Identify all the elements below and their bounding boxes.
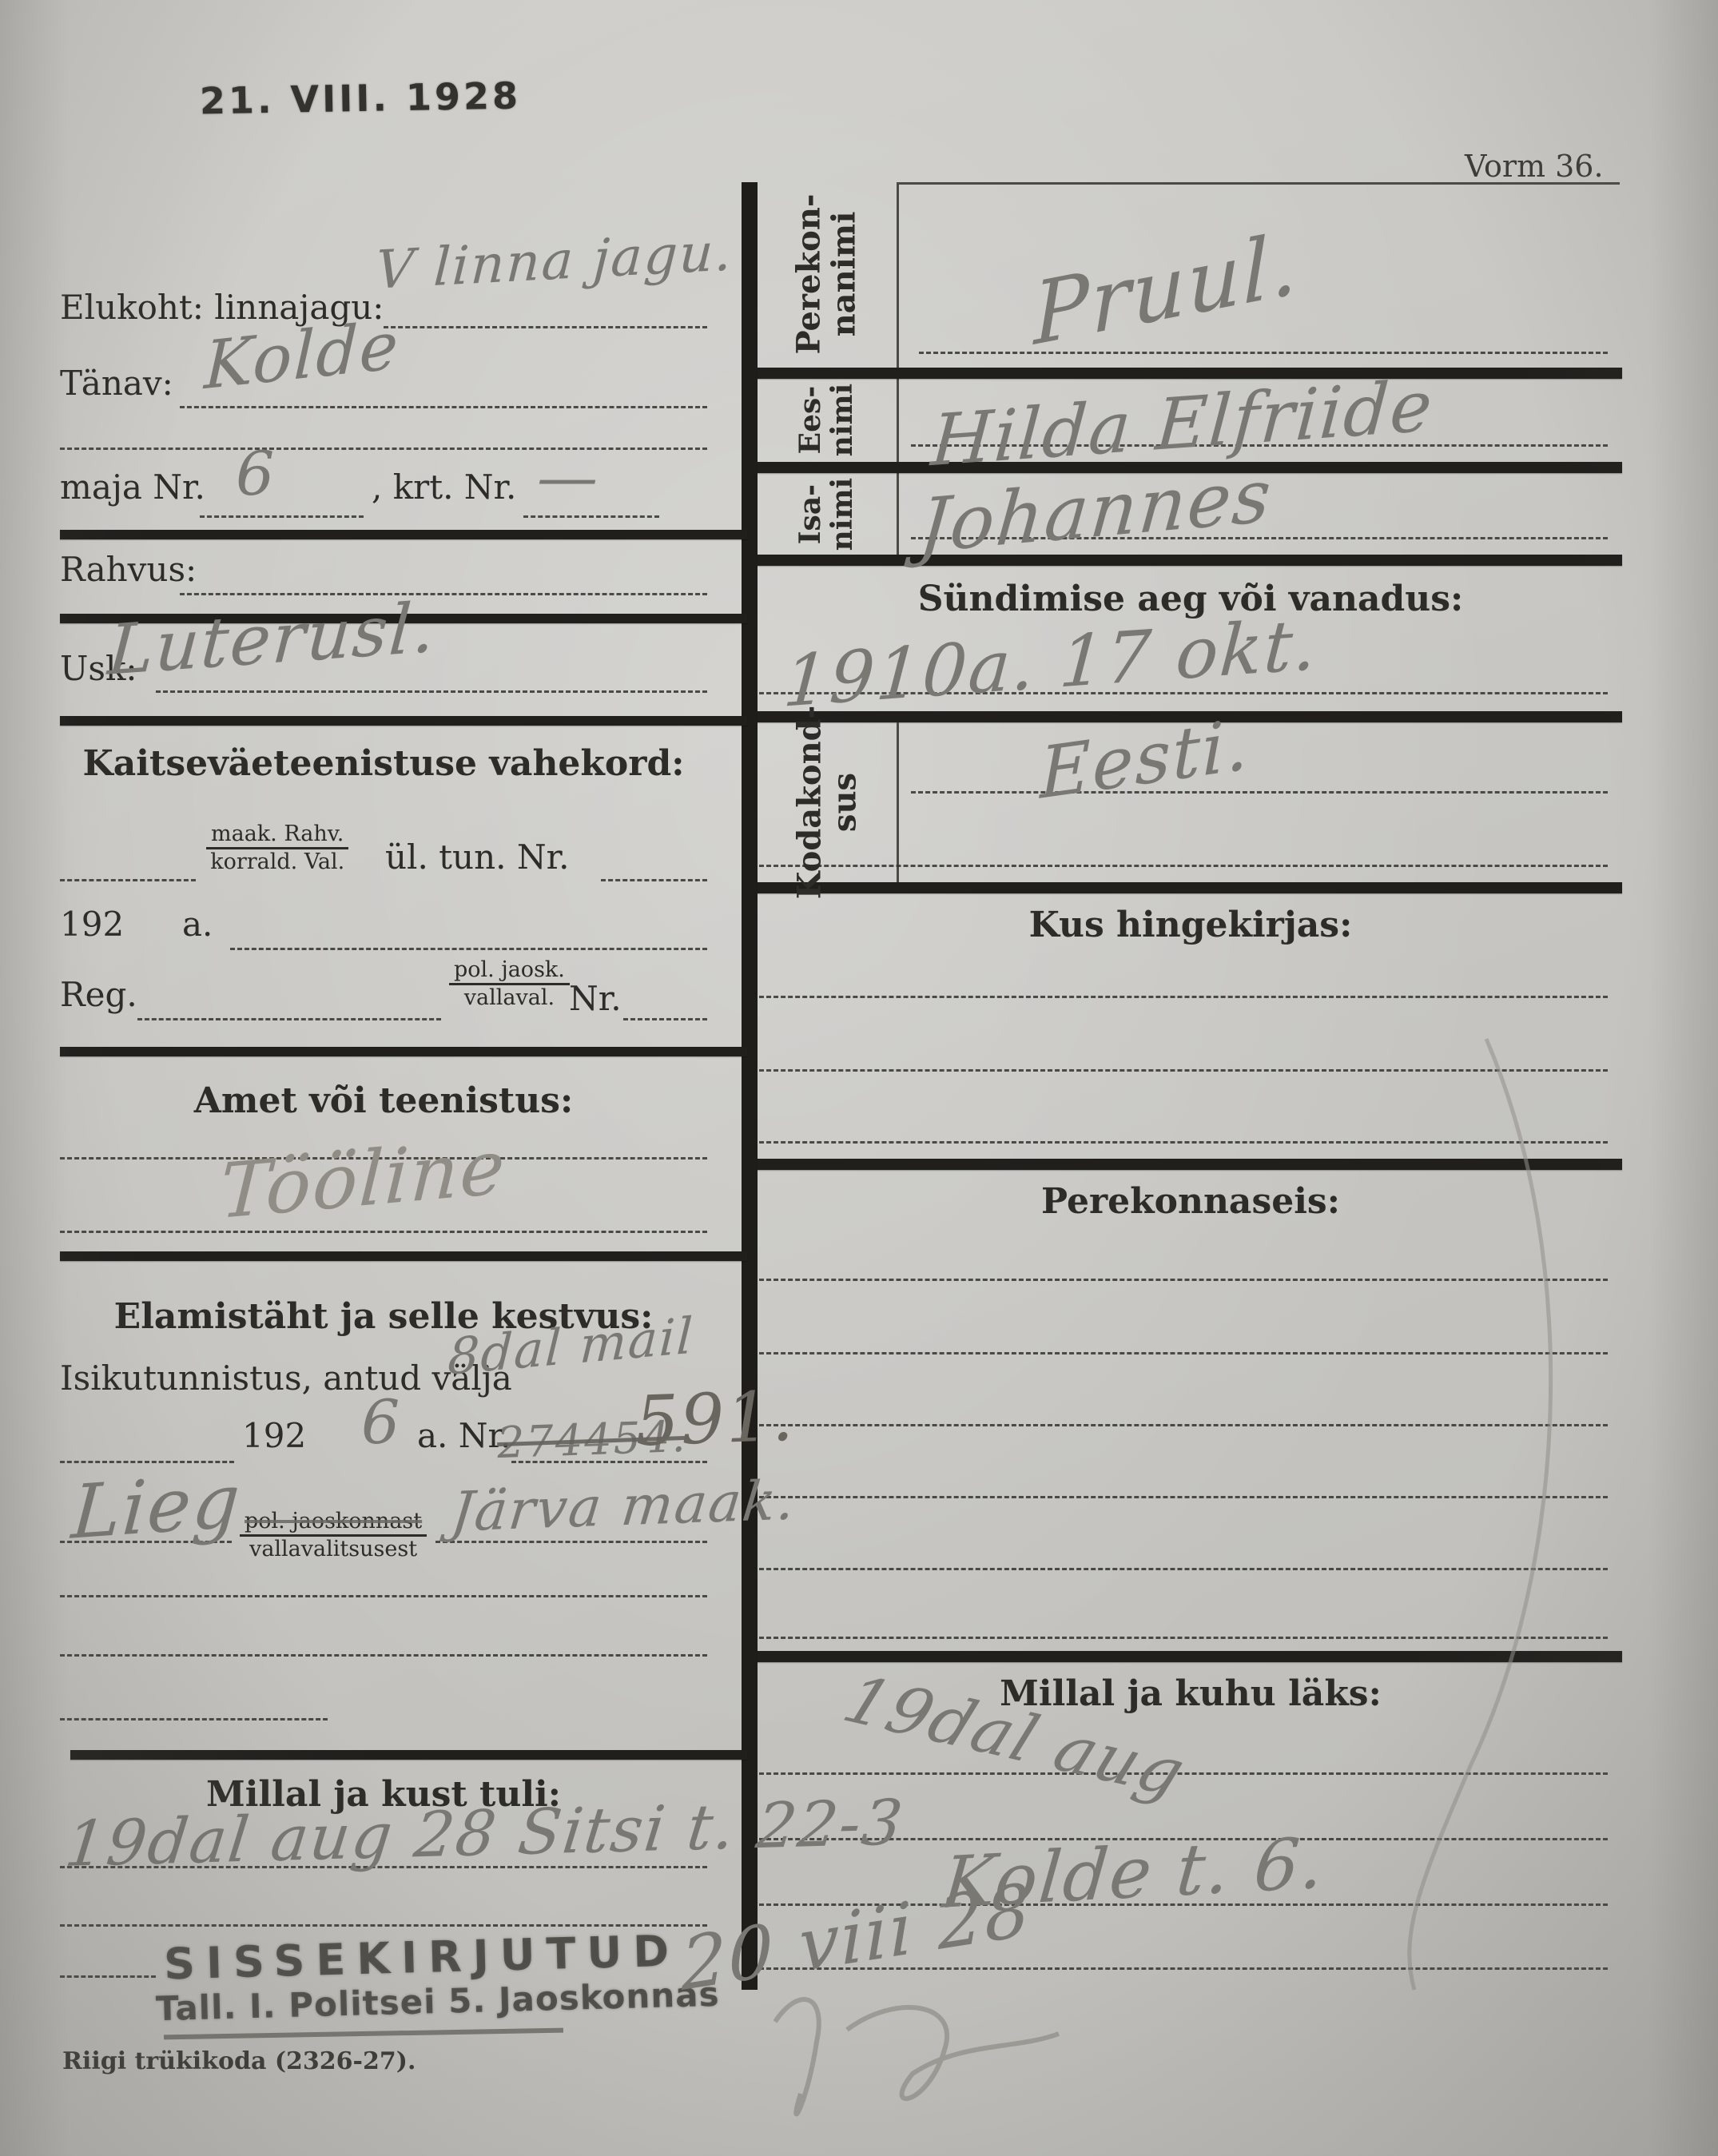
dotted-line (60, 1718, 328, 1720)
fraction-maak-rahv: maak. Rahv. korrald. Val. (206, 821, 348, 876)
form-number: Vorm 36. (1465, 149, 1604, 184)
dotted-line (623, 1018, 707, 1020)
section-heading-kus-hingekirjas: Kus hingekirjas: (759, 905, 1622, 945)
fraction-bottom-label: vallaval. (449, 985, 570, 1011)
dotted-line (911, 791, 1608, 794)
section-heading-amet: Amet või teenistus: (60, 1080, 707, 1121)
field-label-rahvus: Rahvus: (60, 550, 197, 589)
vertical-label-isanimi: Isa- nimi (758, 475, 897, 555)
field-label-ul-tun-nr: ül. tun. Nr. (385, 837, 569, 877)
vertical-label-eesnimi: Ees- nimi (758, 380, 897, 460)
handwritten-cert-nr-new: 591. (634, 1377, 796, 1462)
thick-rule (60, 716, 747, 726)
date-stamp: 21. VIII. 1928 (200, 74, 522, 122)
dotted-line (180, 406, 707, 408)
printer-note: Riigi trükikoda (2326-27). (62, 2047, 416, 2075)
handwritten-surname: Pruul. (1032, 213, 1299, 364)
dotted-line (384, 326, 707, 328)
dotted-line (60, 448, 707, 450)
fraction-top-label: pol. jaoskonnast (240, 1509, 427, 1537)
vertical-label-perekonnanimi: Perekon- nanimi (758, 190, 897, 358)
thick-rule (60, 1251, 747, 1261)
stamp-underline (164, 2028, 563, 2040)
field-label-reg: Reg. (60, 975, 137, 1014)
fraction-bottom-label: vallavalitsusest (240, 1537, 427, 1562)
thick-rule (70, 1750, 747, 1760)
fraction-bottom-label: korrald. Val. (206, 849, 348, 875)
dotted-line (523, 515, 659, 518)
vertical-label-text: Kodakond- sus (792, 706, 862, 900)
column-divider (742, 182, 758, 1990)
fraction-pol-jaoskonnast: pol. jaoskonnast vallavalitsusest (240, 1509, 427, 1563)
thick-rule (60, 530, 747, 539)
handwritten-amet: Tööline (218, 1124, 508, 1236)
thick-rule (60, 1047, 747, 1056)
dotted-line (60, 879, 196, 881)
field-label-maja-nr: maja Nr. (60, 467, 205, 507)
handwritten-elukoht: V linna jagu. (374, 221, 734, 301)
fraction-pol-jaosk: pol. jaosk. vallaval. (449, 957, 570, 1012)
fraction-top-label: maak. Rahv. (206, 821, 348, 849)
dotted-line (230, 948, 707, 950)
handwritten-usk: Luterusl. (105, 587, 439, 690)
thick-rule (758, 368, 1622, 379)
section-heading-kaitsevaeteenistus: Kaitseväeteenistuse vahekord: (60, 743, 707, 784)
dotted-line (156, 690, 707, 693)
field-label-isikutunnistus: Isikutunnistus, antud välja (60, 1358, 512, 1398)
dotted-line (180, 593, 707, 595)
field-label-krt-nr: , krt. Nr. (372, 467, 516, 507)
handwritten-county: Järva maak. (448, 1469, 799, 1544)
dotted-line (759, 996, 1608, 998)
scanned-registration-form: 21. VIII. 1928 Vorm 36. Elukoht: linnaja… (0, 0, 1718, 2156)
fraction-top-label: pol. jaosk. (449, 957, 570, 985)
handwritten-issuer: Lieg (69, 1458, 244, 1556)
handwritten-krt-dash: — (537, 441, 599, 512)
vertical-label-text: Isa- nimi (795, 478, 858, 551)
dotted-line (60, 1595, 707, 1597)
field-label-cert-year: 192 (242, 1416, 306, 1455)
dotted-line (200, 515, 364, 518)
dotted-line (60, 1654, 707, 1657)
thin-line (897, 722, 899, 882)
signature-scribble (751, 1974, 1087, 2150)
dotted-line (60, 1231, 707, 1233)
thick-rule (758, 555, 1622, 566)
dotted-line (601, 879, 707, 881)
handwritten-cert-year-digit: 6 (361, 1386, 401, 1458)
dotted-line (137, 1018, 441, 1020)
dotted-line (60, 1924, 707, 1927)
dotted-line (60, 1975, 156, 1978)
field-label-year-a: a. (182, 905, 213, 944)
handwritten-maja-nr: 6 (236, 438, 276, 509)
pencil-stroke (1279, 1007, 1598, 2014)
vertical-label-text: Perekon- nanimi (792, 193, 862, 354)
dotted-line (919, 352, 1608, 354)
thick-rule (758, 882, 1622, 893)
field-label-year: 192 (60, 905, 124, 944)
vertical-label-kodakondsus: Kodakond- sus (758, 726, 897, 879)
vertical-label-text: Ees- nimi (795, 384, 858, 457)
field-label-tanav: Tänav: (60, 364, 173, 403)
field-label-nr: Nr. (569, 979, 622, 1018)
